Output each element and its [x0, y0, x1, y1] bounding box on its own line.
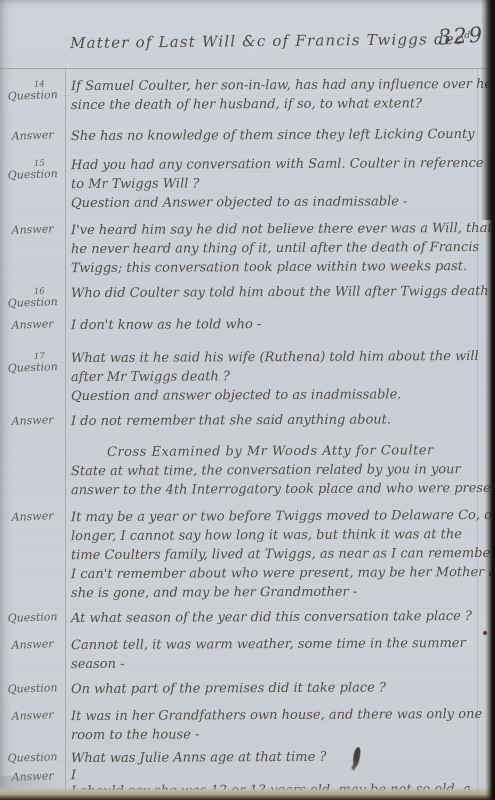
entry-body: Had you had any conversation with Saml. …: [65, 155, 488, 212]
handwritten-line: season -: [71, 653, 483, 674]
handwritten-line: he never heard any thing of it, until af…: [71, 238, 493, 259]
header-rule-line: [0, 68, 487, 69]
margin-label-text: Question: [7, 681, 57, 696]
margin-label-question: 16Question: [0, 282, 65, 310]
handwritten-line: answer to the 4th Interrogatory took pla…: [71, 479, 495, 500]
handwritten-line: If Samuel Coulter, her son-in-law, has h…: [71, 75, 495, 96]
entry-body: I've heard him say he did not believe th…: [65, 220, 495, 277]
handwritten-line: Who did Coulter say told him about the W…: [71, 282, 495, 303]
entry-row: QuestionWhat was Julie Anns age at that …: [0, 748, 487, 767]
handwritten-line: time Coulters family, lived at Twiggs, a…: [71, 544, 495, 565]
handwritten-line: longer, I cannot say how long it was, bu…: [71, 525, 495, 546]
entry-body: I don't know as he told who -: [65, 315, 487, 334]
entry-body: What was it he said his wife (Ruthena) t…: [65, 348, 487, 405]
entry-row: QuestionOn what part of the premises did…: [0, 679, 487, 698]
handwritten-line: to Mr Twiggs Will ?: [71, 173, 484, 194]
handwritten-line: It was in her Grandfathers own house, an…: [71, 705, 483, 726]
handwritten-line: State at what time, the conversation rel…: [71, 460, 495, 481]
entry-row: QuestionAt what season of the year did t…: [0, 608, 487, 627]
margin-label-text: Question: [8, 295, 58, 310]
margin-label-question: Question: [0, 747, 65, 765]
handwritten-line: Twiggs; this conversation took place wit…: [71, 257, 493, 278]
entry-row: 14QuestionIf Samuel Coulter, her son-in-…: [0, 76, 487, 114]
entry-body: II should say she was 12 or 13 years old…: [65, 767, 487, 799]
margin-label-question: 14Question: [0, 75, 65, 103]
deposition-entries: 14QuestionIf Samuel Coulter, her son-in-…: [0, 72, 487, 799]
entry-row: AnswerI don't know as he told who -: [0, 315, 487, 334]
margin-label-text: Question: [8, 88, 58, 103]
entry-body: It may be a year or two before Twiggs mo…: [65, 507, 495, 602]
entry-row: AnswerShe has no knowledge of them since…: [0, 126, 487, 145]
entry-row: 17QuestionWhat was it he said his wife (…: [0, 348, 487, 405]
handwritten-line: Question and answer objected to as inadm…: [71, 385, 483, 406]
margin-label-text: Question: [7, 750, 57, 765]
margin-label-text: Question: [7, 610, 57, 625]
margin-label-text: Answer: [11, 509, 53, 523]
page-title: Matter of Last Will &c of Francis Twiggs…: [70, 30, 472, 52]
handwritten-line: she is gone, and may be her Grandmother …: [71, 582, 495, 603]
handwritten-line: On what part of the premises did it take…: [71, 678, 483, 699]
entry-row: AnswerI do not remember that she said an…: [0, 411, 487, 430]
margin-label-text: Answer: [11, 413, 53, 427]
entry-row: AnswerII should say she was 12 or 13 yea…: [0, 767, 487, 799]
margin-label-question: 15Question: [0, 154, 65, 182]
entry-body: Who did Coulter say told him about the W…: [65, 283, 495, 302]
margin-label-text: Question: [8, 360, 58, 375]
entry-body: Cannot tell, it was warm weather, some t…: [65, 635, 487, 673]
entry-row: 16QuestionWho did Coulter say told him a…: [0, 283, 487, 309]
entry-row: AnswerI've heard him say he did not beli…: [0, 220, 487, 277]
margin-label-answer: Answer: [0, 219, 65, 237]
handwritten-line: It may be a year or two before Twiggs mo…: [71, 506, 495, 527]
handwritten-line: I've heard him say he did not believe th…: [71, 219, 493, 240]
handwritten-line: since the death of her husband, if so, t…: [71, 94, 495, 115]
margin-label-question: Question: [0, 607, 65, 625]
entry-row: AnswerCannot tell, it was warm weather, …: [0, 635, 487, 673]
handwritten-line: What was Julie Anns age at that time ?: [71, 747, 483, 768]
margin-label-answer: Answer: [0, 314, 65, 332]
ink-blot-small: [351, 764, 356, 771]
margin-label-text: Answer: [11, 769, 53, 783]
margin-label-text: Answer: [11, 222, 53, 236]
margin-label-text: Answer: [11, 317, 53, 331]
entry-row: AnswerIt may be a year or two before Twi…: [0, 507, 487, 602]
margin-label-text: Question: [8, 167, 58, 182]
entry-body: Cross Examined by Mr Woods Atty for Coul…: [65, 442, 495, 499]
red-speck: [483, 631, 487, 635]
margin-label-text: Answer: [11, 128, 53, 142]
entry-body: On what part of the premises did it take…: [65, 679, 487, 698]
handwritten-line: I don't know as he told who -: [71, 314, 483, 335]
margin-label-answer: Answer: [0, 705, 65, 723]
handwritten-line: room to the house -: [71, 724, 483, 745]
margin-label-question: Question: [0, 678, 65, 696]
entry-body: At what season of the year did this conv…: [65, 608, 487, 627]
margin-label-text: Answer: [11, 637, 53, 651]
handwritten-line: What was it he said his wife (Ruthena) t…: [71, 347, 483, 368]
margin-label-answer: Answer: [0, 125, 65, 143]
handwritten-line: Had you had any conversation with Saml. …: [71, 154, 484, 175]
entry-body: I do not remember that she said anything…: [65, 411, 487, 430]
margin-label-empty: [0, 441, 65, 446]
margin-label-answer: Answer: [0, 410, 65, 428]
margin-label-text: Answer: [11, 708, 53, 722]
handwritten-line: I do not remember that she said anything…: [71, 410, 483, 431]
page-number: 329: [437, 22, 485, 49]
entry-body: If Samuel Coulter, her son-in-law, has h…: [65, 76, 495, 114]
handwritten-line: after Mr Twiggs death ?: [71, 366, 483, 387]
page-title-text: Matter of Last Will &c of Francis Twiggs…: [70, 30, 465, 52]
margin-label-question: 17Question: [0, 347, 65, 375]
manuscript-page: Matter of Last Will &c of Francis Twiggs…: [0, 0, 495, 800]
entry-body: It was in her Grandfathers own house, an…: [65, 706, 487, 744]
handwritten-line: Cannot tell, it was warm weather, some t…: [71, 634, 483, 655]
handwritten-line: At what season of the year did this conv…: [71, 607, 483, 628]
handwritten-line: Question and Answer objected to as inadm…: [71, 192, 484, 213]
margin-label-answer: Answer: [0, 634, 65, 652]
margin-label-answer: Answer: [0, 506, 65, 524]
cross-examination-heading: Cross Examined by Mr Woods Atty for Coul…: [71, 441, 495, 462]
entry-row: AnswerIt was in her Grandfathers own hou…: [0, 706, 487, 744]
handwritten-line: She has no knowledge of them since they …: [71, 125, 483, 146]
entry-body: She has no knowledge of them since they …: [65, 126, 487, 145]
entry-row: 15QuestionHad you had any conversation w…: [0, 155, 487, 212]
entry-row: Cross Examined by Mr Woods Atty for Coul…: [0, 442, 487, 499]
margin-label-answer: Answer: [0, 766, 65, 784]
handwritten-line: I should say she was 12 or 13 years old,…: [71, 782, 483, 800]
handwritten-line: I can't remember about who were present,…: [71, 563, 495, 584]
entry-body: What was Julie Anns age at that time ?: [65, 748, 487, 767]
